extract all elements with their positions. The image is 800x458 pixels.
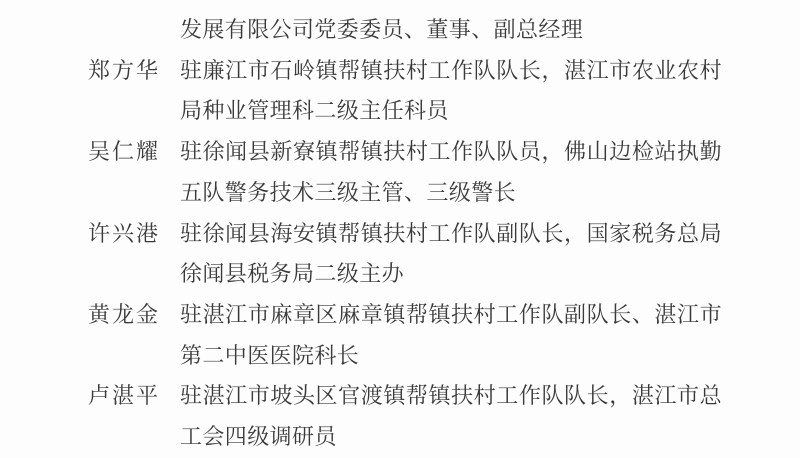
- person-name: 吴仁耀: [88, 132, 180, 173]
- person-name: 郑方华: [88, 51, 180, 92]
- person-name: 卢湛平: [88, 376, 180, 417]
- person-name: 许兴港: [88, 214, 180, 255]
- continuation-row: 发展有限公司党委委员、董事、副总经理: [88, 10, 800, 51]
- person-description: 驻徐闻县新寮镇帮镇扶村工作队队员，佛山边检站执勤五队警务技术三级主管、三级警长: [180, 132, 722, 213]
- person-name: 黄龙金: [88, 295, 180, 336]
- person-description: 驻徐闻县海安镇帮镇扶村工作队副队长，国家税务总局徐闻县税务局二级主办: [180, 214, 722, 295]
- person-description: 驻廉江市石岭镇帮镇扶村工作队队长，湛江市农业农村局种业管理科二级主任科员: [180, 51, 722, 132]
- entry-row: 郑方华 驻廉江市石岭镇帮镇扶村工作队队长，湛江市农业农村局种业管理科二级主任科员: [88, 51, 800, 132]
- entry-row: 卢湛平 驻湛江市坡头区官渡镇帮镇扶村工作队队长，湛江市总工会四级调研员: [88, 376, 800, 457]
- entry-row: 吴仁耀 驻徐闻县新寮镇帮镇扶村工作队队员，佛山边检站执勤五队警务技术三级主管、三…: [88, 132, 800, 213]
- entry-row: 黄龙金 驻湛江市麻章区麻章镇帮镇扶村工作队副队长、湛江市第二中医医院科长: [88, 295, 800, 376]
- entry-row: 许兴港 驻徐闻县海安镇帮镇扶村工作队副队长，国家税务总局徐闻县税务局二级主办: [88, 214, 800, 295]
- continuation-text: 发展有限公司党委委员、董事、副总经理: [180, 10, 722, 51]
- person-description: 驻湛江市麻章区麻章镇帮镇扶村工作队副队长、湛江市第二中医医院科长: [180, 295, 722, 376]
- person-description: 驻湛江市坡头区官渡镇帮镇扶村工作队队长，湛江市总工会四级调研员: [180, 376, 722, 457]
- appointment-list-document: 发展有限公司党委委员、董事、副总经理 郑方华 驻廉江市石岭镇帮镇扶村工作队队长，…: [0, 0, 800, 458]
